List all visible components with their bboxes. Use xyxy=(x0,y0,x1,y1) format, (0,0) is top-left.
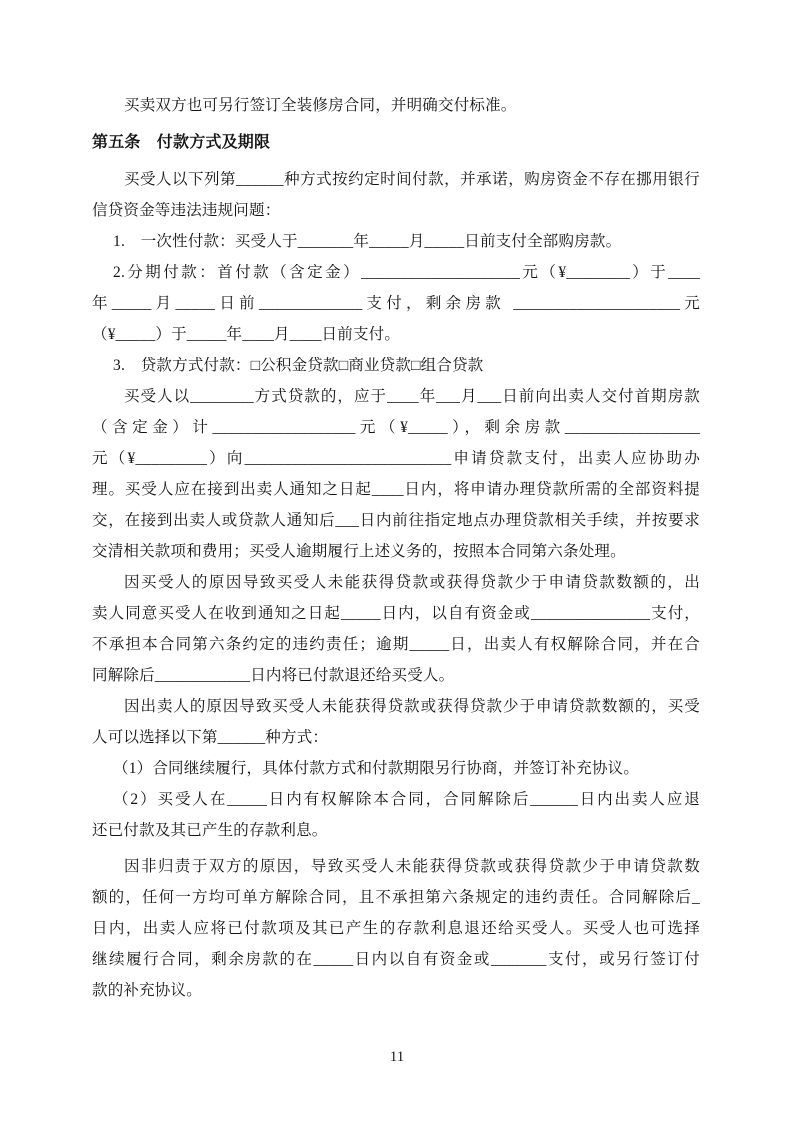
section-heading: 第五条 付款方式及期限 xyxy=(92,127,700,158)
clause-line: 信贷资金等违法违规问题： xyxy=(92,195,700,226)
clause-line: 买受人以下列第______种方式按约定时间付款，并承诺，购房资金不存在挪用银行 xyxy=(92,164,700,195)
sub-option-1: （1）合同继续履行，具体付款方式和付款期限另行协商，并签订补充协议。 xyxy=(92,753,700,784)
clause-line: 人可以选择以下第______种方式： xyxy=(92,722,700,753)
clause-line: 因非归责于双方的原因，导致买受人未能获得贷款或获得贷款少于申请贷款数 xyxy=(92,851,700,882)
clause-line: 还已付款及其已产生的存款利息。 xyxy=(92,815,700,846)
clause-line: 交，在接到出卖人或贷款人通知后___日内前往指定地点办理贷款相关手续，并按要求 xyxy=(92,505,700,536)
intro-line: 买卖双方也可另行签订全装修房合同，并明确交付标准。 xyxy=(92,90,700,121)
clause-line: 继续履行合同，剩余房款的在_____日内以自有资金或_______支付，或另行签… xyxy=(92,944,700,975)
clause-line: （¥_____）于_____年____月____日前支付。 xyxy=(92,319,700,350)
payment-option-1: 1. 一次性付款：买受人于_______年_____月_____日前支付全部购房… xyxy=(92,226,700,257)
clause-line: 元（¥_________）向__________________________… xyxy=(92,443,700,474)
payment-option-3: 3. 贷款方式付款：□公积金贷款□商业贷款□组合贷款 xyxy=(92,350,700,381)
clause-line: 不承担本合同第六条约定的违约责任；逾期_____日，出卖人有权解除合同，并在合 xyxy=(92,629,700,660)
payment-option-2: 2.分期付款：首付款（含定金）____________________元（¥__… xyxy=(92,257,700,288)
clause-line: 因买受人的原因导致买受人未能获得贷款或获得贷款少于申请贷款数额的，出 xyxy=(92,567,700,598)
clause-line: 日内，出卖人应将已付款项及其已产生的存款利息退还给买受人。买受人也可选择 xyxy=(92,913,700,944)
clause-line: 卖人同意买受人在收到通知之日起_____日内，以自有资金或___________… xyxy=(92,598,700,629)
clause-line: 同解除后____________日内将已付款退还给买受人。 xyxy=(92,660,700,691)
clause-line: （含定金）计__________________元（¥_____），剩余房款__… xyxy=(92,412,700,443)
clause-line: 额的，任何一方均可单方解除合同，且不承担第六条规定的违约责任。合同解除后_ xyxy=(92,882,700,913)
document-page: 买卖双方也可另行签订全装修房合同，并明确交付标准。第五条 付款方式及期限买受人以… xyxy=(0,0,794,1122)
clause-line: 款的补充协议。 xyxy=(92,975,700,1006)
clause-line: 理。买受人应在接到出卖人通知之日起____日内，将申请办理贷款所需的全部资料提 xyxy=(92,474,700,505)
page-number: 11 xyxy=(0,1046,794,1068)
clause-line: 交清相关款项和费用；买受人逾期履行上述义务的，按照本合同第六条处理。 xyxy=(92,536,700,567)
clause-line: 年_____月_____日前_____________支付，剩余房款 _____… xyxy=(92,288,700,319)
clause-line: 因出卖人的原因导致买受人未能获得贷款或获得贷款少于申请贷款数额的，买受 xyxy=(92,691,700,722)
contract-body: 买卖双方也可另行签订全装修房合同，并明确交付标准。第五条 付款方式及期限买受人以… xyxy=(92,90,700,1006)
clause-line: 买受人以________方式贷款的，应于____年___月___日前向出卖人交付… xyxy=(92,381,700,412)
sub-option-2: （2）买受人在_____日内有权解除本合同，合同解除后______日内出卖人应退 xyxy=(92,784,700,815)
